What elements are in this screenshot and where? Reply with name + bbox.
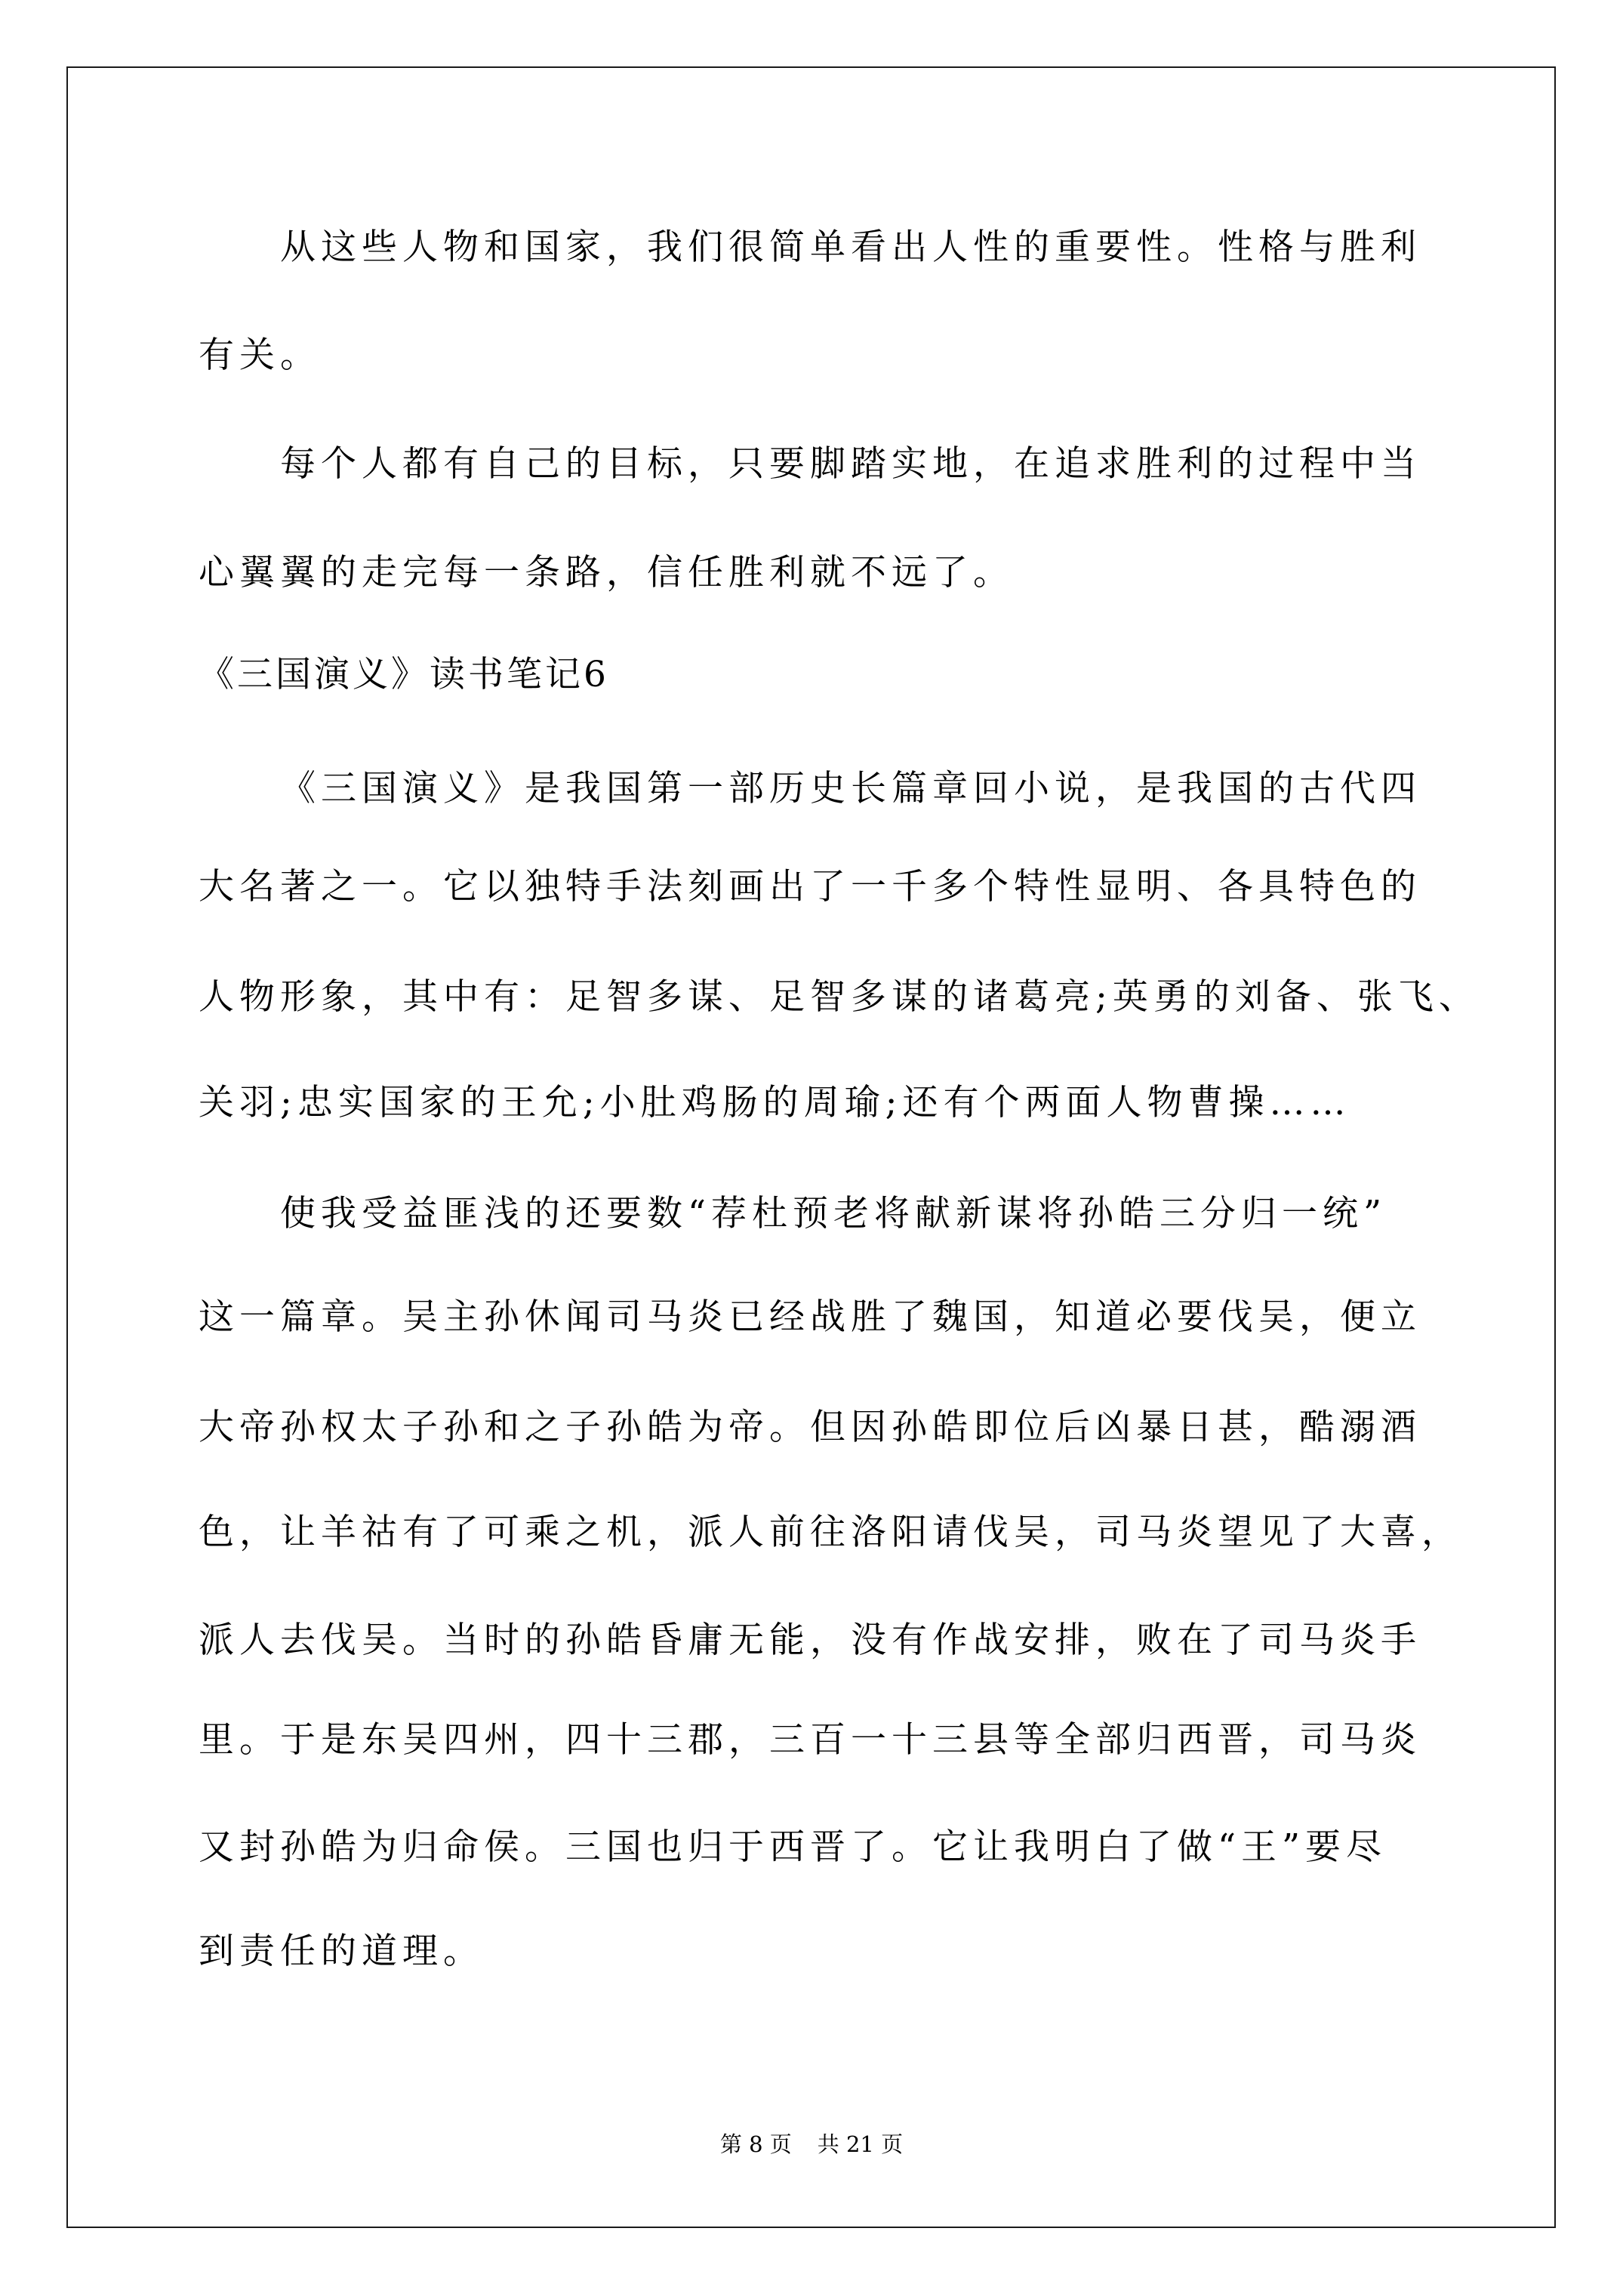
- paragraph-line: 色，让羊祜有了可乘之机，派人前往洛阳请伐吴，司马炎望见了大喜，: [199, 1514, 1462, 1552]
- paragraph-line: 又封孙皓为归命侯。三国也归于西晋了。它让我明白了做“王”要尽: [199, 1829, 1387, 1866]
- page-border: [66, 66, 1556, 2228]
- paragraph-line: 《三国演义》是我国第一部历史长篇章回小说，是我国的古代四: [280, 770, 1421, 808]
- paragraph-line: 人物形象，其中有：足智多谋、足智多谋的诸葛亮;英勇的刘备、张飞、: [199, 978, 1480, 1016]
- page-total: 共 21 页: [818, 2131, 903, 2157]
- section-heading: 《三国演义》读书笔记6: [199, 656, 609, 694]
- paragraph-line: 这一篇章。吴主孙休闻司马炎已经战胜了魏国，知道必要伐吴，便立: [199, 1299, 1421, 1336]
- paragraph-line: 里。于是东吴四州，四十三郡，三百一十三县等全部归西晋，司马炎: [199, 1721, 1421, 1759]
- paragraph-line: 关羽;忠实国家的王允;小肚鸡肠的周瑜;还有个两面人物曹操……: [199, 1084, 1351, 1122]
- paragraph-line: 心翼翼的走完每一条路，信任胜利就不远了。: [199, 554, 1014, 592]
- paragraph-line: 使我受益匪浅的还要数“荐杜预老将献新谋将孙皓三分归一统”: [280, 1195, 1387, 1233]
- paragraph-line: 从这些人物和国家，我们很简单看出人性的重要性。性格与胜利: [280, 229, 1421, 267]
- paragraph-line: 有关。: [199, 337, 321, 374]
- paragraph-line: 每个人都有自己的目标，只要脚踏实地，在追求胜利的过程中当: [280, 445, 1421, 483]
- paragraph-line: 大名著之一。它以独特手法刻画出了一千多个特性显明、各具特色的: [199, 868, 1421, 906]
- paragraph-line: 大帝孙权太子孙和之子孙皓为帝。但因孙皓即位后凶暴日甚，酷溺酒: [199, 1409, 1421, 1447]
- page-number: 第 8 页: [720, 2131, 792, 2157]
- paragraph-line: 到责任的道理。: [199, 1933, 484, 1971]
- paragraph-line: 派人去伐吴。当时的孙皓昏庸无能，没有作战安排，败在了司马炎手: [199, 1622, 1421, 1660]
- page-footer: 第 8 页共 21 页: [0, 2131, 1623, 2158]
